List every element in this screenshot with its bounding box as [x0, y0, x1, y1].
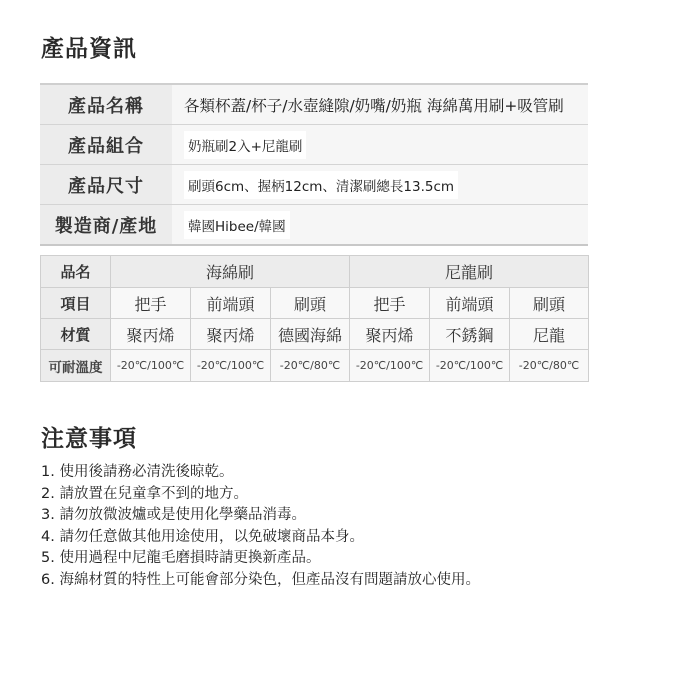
product-size-value: 刷頭6cm、握柄12cm、清潔刷總長13.5cm — [184, 171, 458, 199]
info-label: 產品組合 — [40, 125, 172, 164]
product-set-value: 奶瓶刷2入+尼龍刷 — [184, 131, 306, 159]
spec-row-temperature: 可耐溫度 -20℃/100℃ -20℃/100℃ -20℃/80℃ -20℃/1… — [41, 350, 589, 382]
group-header: 尼龍刷 — [350, 256, 589, 288]
info-label: 產品尺寸 — [40, 165, 172, 204]
row-label: 項目 — [41, 288, 111, 319]
temperature-cell: -20℃/100℃ — [350, 350, 430, 382]
temperature-cell: -20℃/100℃ — [111, 350, 191, 382]
item-cell: 刷頭 — [510, 288, 589, 319]
item-cell: 把手 — [111, 288, 191, 319]
info-row-name: 產品名稱 各類杯蓋/杯子/水壺縫隙/奶嘴/奶瓶 海綿萬用刷+吸管刷 — [40, 85, 588, 125]
notes-title: 注意事項 — [41, 420, 137, 453]
product-name-value: 各類杯蓋/杯子/水壺縫隙/奶嘴/奶瓶 海綿萬用刷+吸管刷 — [184, 94, 564, 116]
spec-row-item: 項目 把手 前端頭 刷頭 把手 前端頭 刷頭 — [41, 288, 589, 319]
row-label: 可耐溫度 — [41, 350, 111, 382]
info-row-size: 產品尺寸 刷頭6cm、握柄12cm、清潔刷總長13.5cm — [40, 165, 588, 205]
note-item: 4. 請勿任意做其他用途使用，以免破壞商品本身。 — [41, 527, 480, 549]
note-item: 2. 請放置在兒童拿不到的地方。 — [41, 484, 480, 506]
info-row-maker: 製造商/產地 韓國Hibee/韓國 — [40, 205, 588, 246]
row-label: 材質 — [41, 319, 111, 350]
info-label: 產品名稱 — [40, 85, 172, 124]
item-cell: 把手 — [350, 288, 430, 319]
note-item: 5. 使用過程中尼龍毛磨損時請更換新產品。 — [41, 548, 480, 570]
note-item: 3. 請勿放微波爐或是使用化學藥品消毒。 — [41, 505, 480, 527]
notes-list: 1. 使用後請務必清洗後晾乾。 2. 請放置在兒童拿不到的地方。 3. 請勿放微… — [41, 462, 480, 591]
product-info-title: 產品資訊 — [41, 30, 137, 63]
note-item: 1. 使用後請務必清洗後晾乾。 — [41, 462, 480, 484]
material-cell: 聚丙烯 — [191, 319, 271, 350]
info-value: 韓國Hibee/韓國 — [172, 205, 588, 244]
row-label: 品名 — [41, 256, 111, 288]
item-cell: 前端頭 — [430, 288, 510, 319]
info-value: 奶瓶刷2入+尼龍刷 — [172, 125, 588, 164]
info-value: 各類杯蓋/杯子/水壺縫隙/奶嘴/奶瓶 海綿萬用刷+吸管刷 — [172, 85, 588, 124]
temperature-cell: -20℃/80℃ — [271, 350, 350, 382]
material-cell: 聚丙烯 — [350, 319, 430, 350]
temperature-cell: -20℃/100℃ — [191, 350, 271, 382]
info-label: 製造商/產地 — [40, 205, 172, 244]
material-cell: 德國海綿 — [271, 319, 350, 350]
info-value: 刷頭6cm、握柄12cm、清潔刷總長13.5cm — [172, 165, 588, 204]
group-header: 海綿刷 — [111, 256, 350, 288]
material-cell: 聚丙烯 — [111, 319, 191, 350]
material-cell: 不銹鋼 — [430, 319, 510, 350]
material-cell: 尼龍 — [510, 319, 589, 350]
spec-row-name: 品名 海綿刷 尼龍刷 — [41, 256, 589, 288]
temperature-cell: -20℃/80℃ — [510, 350, 589, 382]
spec-table: 品名 海綿刷 尼龍刷 項目 把手 前端頭 刷頭 把手 前端頭 刷頭 材質 聚丙烯… — [40, 255, 589, 382]
product-info-table: 產品名稱 各類杯蓋/杯子/水壺縫隙/奶嘴/奶瓶 海綿萬用刷+吸管刷 產品組合 奶… — [40, 83, 588, 246]
item-cell: 刷頭 — [271, 288, 350, 319]
item-cell: 前端頭 — [191, 288, 271, 319]
note-item: 6. 海綿材質的特性上可能會部分染色，但產品沒有問題請放心使用。 — [41, 570, 480, 592]
maker-value: 韓國Hibee/韓國 — [184, 211, 290, 239]
temperature-cell: -20℃/100℃ — [430, 350, 510, 382]
info-row-set: 產品組合 奶瓶刷2入+尼龍刷 — [40, 125, 588, 165]
spec-row-material: 材質 聚丙烯 聚丙烯 德國海綿 聚丙烯 不銹鋼 尼龍 — [41, 319, 589, 350]
